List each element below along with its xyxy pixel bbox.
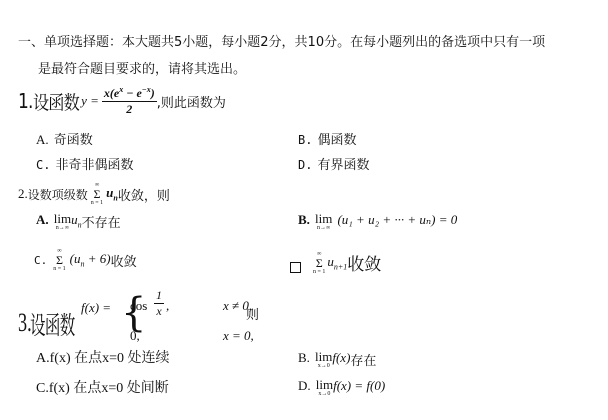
question-suffix: 则: [246, 304, 259, 323]
series-term: un: [106, 185, 118, 203]
option-label: D.: [298, 158, 312, 172]
option-label: A.: [36, 132, 49, 147]
option-1d[interactable]: D. 有界函数: [298, 154, 370, 173]
limit-expr: f(x): [332, 350, 350, 365]
option-label: B.: [298, 212, 310, 227]
case1-fraction: 1 x: [154, 288, 164, 319]
option-1c[interactable]: C. 非奇非偶函数: [36, 154, 134, 173]
section-heading-line1: 一、单项选择题：本大题共5小题，每小题2分，共10分。在每小题列出的备选项中只有…: [18, 31, 545, 50]
option-label: D.: [298, 378, 311, 393]
option-1a[interactable]: A. 奇函数: [36, 129, 93, 148]
option-text: 奇函数: [54, 133, 93, 148]
question-1-stem: 1. 设函数 y = x(ex − e−x) 2 ,则此函数为: [18, 84, 226, 118]
limit-expr: (u₁ + u₂ + ··· + uₙ) = 0: [337, 212, 457, 227]
case2-condition: x = 0,: [223, 328, 254, 344]
option-text: 收敛: [111, 251, 137, 270]
formula-lhs: y =: [81, 93, 99, 109]
formula-lhs: f(x) =: [81, 300, 111, 316]
limit-expr: un: [71, 212, 82, 227]
option-text: 不存在: [82, 216, 121, 231]
option-text: f(x) 在点x=0 处间断: [49, 381, 169, 396]
option-text: f(x) 在点x=0 处连续: [50, 351, 170, 366]
option-text: 存在: [350, 354, 376, 369]
question-suffix: ,则此函数为: [157, 92, 226, 111]
option-label: B.: [298, 133, 312, 147]
option-label: C.: [34, 254, 47, 267]
question-prefix: 设函数: [30, 306, 75, 342]
question-2-stem: 2. 设数项级数 ∞ Σ n = 1 un 收敛，则: [18, 180, 170, 208]
fraction-denominator: 2: [102, 102, 157, 117]
option-2a[interactable]: A. limn→∞un不存在: [36, 212, 121, 231]
missing-glyph-box-icon: [290, 262, 301, 273]
option-3b[interactable]: B. limx→0f(x)存在: [298, 350, 376, 369]
option-text: 非奇非偶函数: [56, 158, 134, 173]
option-text: 收敛: [347, 250, 381, 275]
option-text: 有界函数: [318, 158, 370, 173]
option-2c[interactable]: C. ∞Σn = 1 (un + 6) 收敛: [34, 248, 137, 272]
limit: limx→0: [315, 350, 332, 369]
option-label: C.: [36, 158, 50, 172]
fraction-numerator: x(ex − e−x): [102, 85, 157, 102]
summation: ∞Σn = 1: [313, 251, 325, 275]
summation: ∞Σn = 1: [53, 248, 65, 272]
question-prefix: 设数项级数: [28, 186, 88, 203]
series-term: (un + 6): [70, 251, 111, 269]
option-1b[interactable]: B. 偶函数: [298, 129, 357, 148]
option-label: C.: [36, 381, 49, 396]
fraction: x(ex − e−x) 2: [102, 85, 157, 117]
case2-expr: 0,: [130, 328, 140, 344]
series-term: un+1: [327, 254, 347, 272]
option-label: A.: [36, 212, 49, 227]
summation: ∞ Σ n = 1: [91, 182, 103, 206]
option-label: A.: [36, 351, 50, 366]
section-heading-line2: 是最符合题目要求的，请将其选出。: [38, 58, 246, 77]
question-prefix: 设函数: [33, 88, 79, 115]
limit: limx→0: [316, 378, 333, 397]
option-label: B.: [298, 350, 310, 365]
limit: limn→∞: [315, 212, 332, 231]
question-number: 2.: [18, 186, 28, 202]
option-text: 偶函数: [318, 133, 357, 148]
limit: limn→∞: [54, 212, 71, 231]
question-suffix: 收敛，则: [118, 185, 170, 204]
question-number: 1.: [18, 89, 33, 113]
option-3d[interactable]: D. limx→0f(x) = f(0): [298, 378, 385, 397]
case1-expr: cos: [130, 298, 147, 314]
option-2b[interactable]: B. limn→∞ (u₁ + u₂ + ··· + uₙ) = 0: [298, 212, 457, 231]
limit-expr: f(x) = f(0): [333, 378, 385, 393]
option-3c[interactable]: C.f(x) 在点x=0 处间断: [36, 377, 169, 397]
option-2d[interactable]: ∞Σn = 1 un+1 收敛: [290, 250, 381, 275]
option-3a[interactable]: A.f(x) 在点x=0 处连续: [36, 347, 170, 367]
